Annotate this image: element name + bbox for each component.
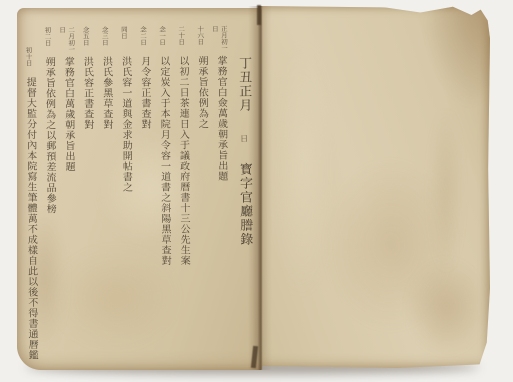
book-gutter xyxy=(248,6,272,370)
binding-stitch xyxy=(257,5,261,25)
page-stain xyxy=(272,42,332,295)
manuscript-text: 丁丑正月 日 寳字官廳謄錄 正月初一日掌務官白僉萬歲朝承旨出題十六日朔承旨依例為… xyxy=(20,25,255,367)
entry-column: 十六日朔承旨依例為之 xyxy=(192,25,213,365)
entry-text: 朔承旨依例為之以郵預差流品參榜 xyxy=(43,57,55,215)
entry-column: 念一日以定炭入于本院月令容一道書之斜陽黑草查對 xyxy=(153,26,174,366)
page-stain xyxy=(323,158,458,332)
entry-date: 初二日 xyxy=(43,27,52,57)
entry-column: 正月初一日掌務官白僉萬歲朝承旨出題 xyxy=(211,25,232,365)
entry-text: 月令容正書查對 xyxy=(139,56,151,130)
right-page xyxy=(258,6,490,368)
entry-date: 同日 xyxy=(120,26,129,56)
entry-date: 念三日 xyxy=(101,26,110,56)
entry-column: 初二日朔承旨依例為之以郵預差流品參榜 xyxy=(39,27,60,367)
entry-column: 二月初一日掌務官白萬歲朝承旨出題 xyxy=(58,26,79,366)
entry-date: 十六日 xyxy=(196,26,205,56)
entry-text: 洪氏容正書查對 xyxy=(81,56,93,130)
left-page: 丁丑正月 日 寳字官廳謄錄 正月初一日掌務官白僉萬歲朝承旨出題十六日朔承旨依例為… xyxy=(17,8,262,370)
entry-column: 念三日洪氏參黑草查對 xyxy=(96,26,117,366)
entry-date: 初十日 xyxy=(25,47,34,77)
entry-text: 以初二日茶連日入于議政府曆書十三公先生案 xyxy=(177,56,189,266)
entry-text: 以定炭入于本院月令容一道書之斜陽黑草查對 xyxy=(158,56,170,266)
entry-text: 朔承旨依例為之 xyxy=(196,56,208,130)
entry-text: 洪氏容一道與金求助開帖書之 xyxy=(120,56,132,193)
manuscript-photo: 丁丑正月 日 寳字官廳謄錄 正月初一日掌務官白僉萬歲朝承旨出題十六日朔承旨依例為… xyxy=(0,0,513,382)
entry-date: 二月初一日 xyxy=(58,26,76,56)
entry-column: 初十日提督大監分付內本院寫生筆體萬不成樣自此以後不得書通曆鑑 xyxy=(20,27,41,367)
entry-text: 提督大監分付內本院寫生筆體萬不成樣自此以後不得書通曆鑑 xyxy=(24,77,37,361)
entry-column: 同日洪氏容一道與金求助開帖書之 xyxy=(115,26,136,366)
entry-date: 念二日 xyxy=(139,26,148,56)
entry-date: 二十日 xyxy=(177,26,186,56)
entry-column: 念二日月令容正書查對 xyxy=(134,26,155,366)
entry-column: 念五日洪氏容正書查對 xyxy=(77,26,98,366)
entry-text: 洪氏參黑草查對 xyxy=(100,56,112,130)
entry-text: 掌務官白萬歲朝承旨出題 xyxy=(62,56,74,172)
page-stain xyxy=(430,107,462,274)
entry-date: 念一日 xyxy=(158,26,167,56)
entry-date: 念五日 xyxy=(82,26,91,56)
entry-date: 正月初一日 xyxy=(211,25,229,55)
page-stain xyxy=(425,0,495,107)
page-stain xyxy=(407,259,486,353)
entry-text: 掌務官白僉萬歲朝承旨出題 xyxy=(215,55,227,181)
entry-column: 二十日以初二日茶連日入于議政府曆書十三公先生案 xyxy=(173,26,194,366)
